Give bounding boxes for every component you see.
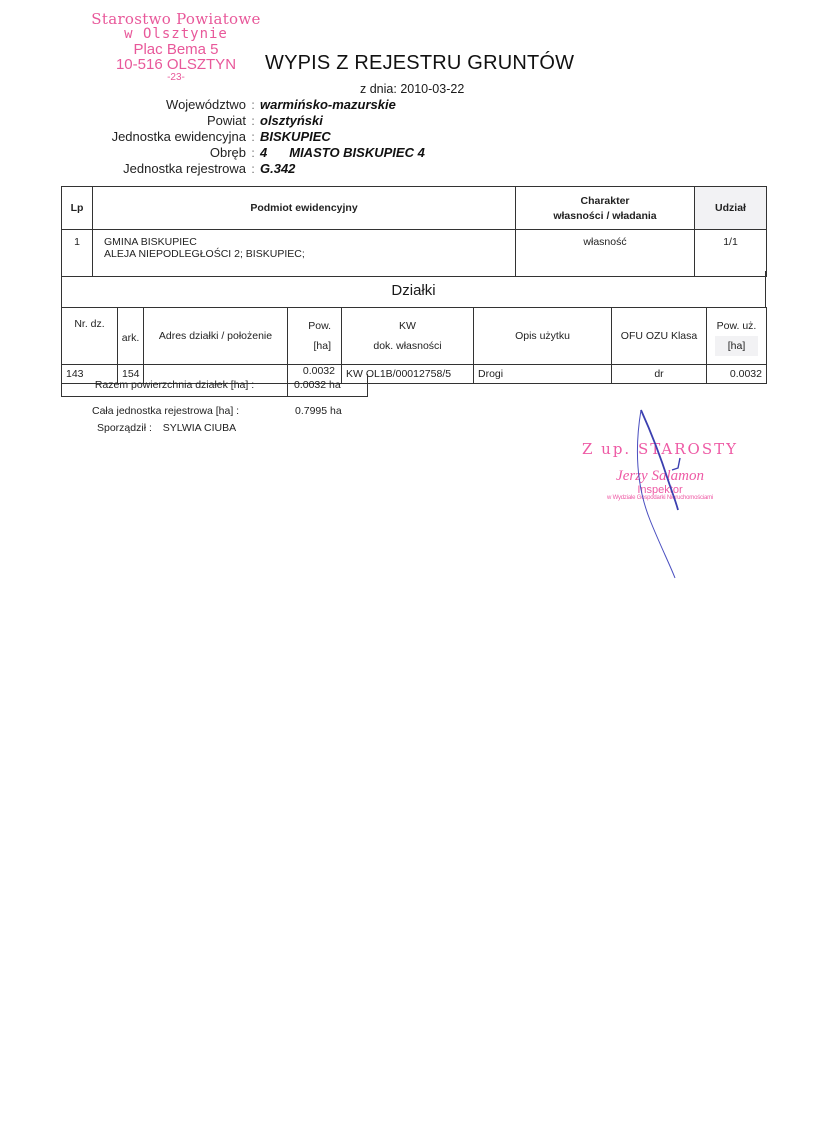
precinct-number: 4 [260,145,267,160]
header-area: Pow. [ha] [288,308,342,365]
header-subject: Podmiot ewidencyjny [93,187,516,230]
header-land-register: KW dok. własności [342,308,474,365]
register-metadata: Województwo : warmińsko-mazurskie Powiat… [60,97,560,177]
stamp-line-office: Starostwo Powiatowe [80,12,272,27]
meta-county: Powiat : olsztyński [60,113,560,129]
parcel-use-area: 0.0032 [707,365,767,384]
parcel-class: dr [612,365,707,384]
header-share: Udział [695,187,767,230]
parcels-section-title: Działki [61,271,766,307]
unit-area-label: Cała jednostka rejestrowa [ha] : [92,405,239,417]
parcels-table: Nr. dz. ark. Adres działki / położenie P… [61,307,767,384]
date-value: 2010-03-22 [400,82,464,96]
stamp-line-street: Plac Bema 5 [80,42,272,57]
header-address: Adres działki / położenie [144,308,288,365]
header-lp: Lp [62,187,93,230]
meta-registration-unit: Jednostka ewidencyjna : BISKUPIEC [60,129,560,145]
parcels-header-row: Nr. dz. ark. Adres działki / położenie P… [62,308,767,365]
document-date: z dnia: 2010-03-22 [360,82,464,96]
summary-row: Razem powierzchnia działek [ha] : 0.0032… [62,374,368,397]
header-character: Charakter własności / władania [516,187,695,230]
parcel-land-use: Drogi [474,365,612,384]
owners-table: Lp Podmiot ewidencyjny Charakter własnoś… [61,186,767,277]
owners-header-row: Lp Podmiot ewidencyjny Charakter własnoś… [62,187,767,230]
prepared-by-name: SYLWIA CIUBA [163,422,236,434]
table-row: 1 GMINA BISKUPIEC ALEJA NIEPODLEGŁOŚCI 2… [62,230,767,277]
meta-precinct: Obręb : 4MIASTO BISKUPIEC 4 [60,145,560,161]
total-area-value: 0.0032 ha [288,374,368,397]
document-title: WYPIS Z REJESTRU GRUNTÓW [265,52,574,75]
header-sheet: ark. [118,308,144,365]
header-use-area: Pow. uż. [ha] [707,308,767,365]
meta-voivodeship: Województwo : warmińsko-mazurskie [60,97,560,113]
owner-character: własność [516,230,695,277]
owner-share: 1/1 [695,230,767,277]
handwritten-signature-icon [620,400,700,585]
owner-name: GMINA BISKUPIEC [104,236,515,248]
owner-lp: 1 [62,230,93,277]
summary-table: Razem powierzchnia działek [ha] : 0.0032… [61,374,368,397]
meta-register-unit: Jednostka rejestrowa : G.342 [60,161,560,177]
header-land-use: Opis użytku [474,308,612,365]
office-stamp: Starostwo Powiatowe w Olsztynie Plac Bem… [80,12,272,84]
owner-subject: GMINA BISKUPIEC ALEJA NIEPODLEGŁOŚCI 2; … [93,230,516,277]
prepared-by: Sporządził : SYLWIA CIUBA [97,422,236,434]
total-area-label: Razem powierzchnia działek [ha] : [62,374,288,397]
unit-area-value: 0.7995 ha [295,405,342,417]
prepared-by-label: Sporządził : [97,422,152,434]
stamp-line-number: -23- [80,72,272,84]
owner-address: ALEJA NIEPODLEGŁOŚCI 2; BISKUPIEC; [104,248,515,260]
header-class: OFU OZU Klasa [612,308,707,365]
date-label: z dnia: [360,82,397,96]
stamp-line-city: w Olsztynie [80,27,272,42]
header-parcel-number: Nr. dz. [62,308,118,365]
stamp-line-postcode: 10-516 OLSZTYN [80,57,272,72]
precinct-name: MIASTO BISKUPIEC 4 [289,145,425,160]
